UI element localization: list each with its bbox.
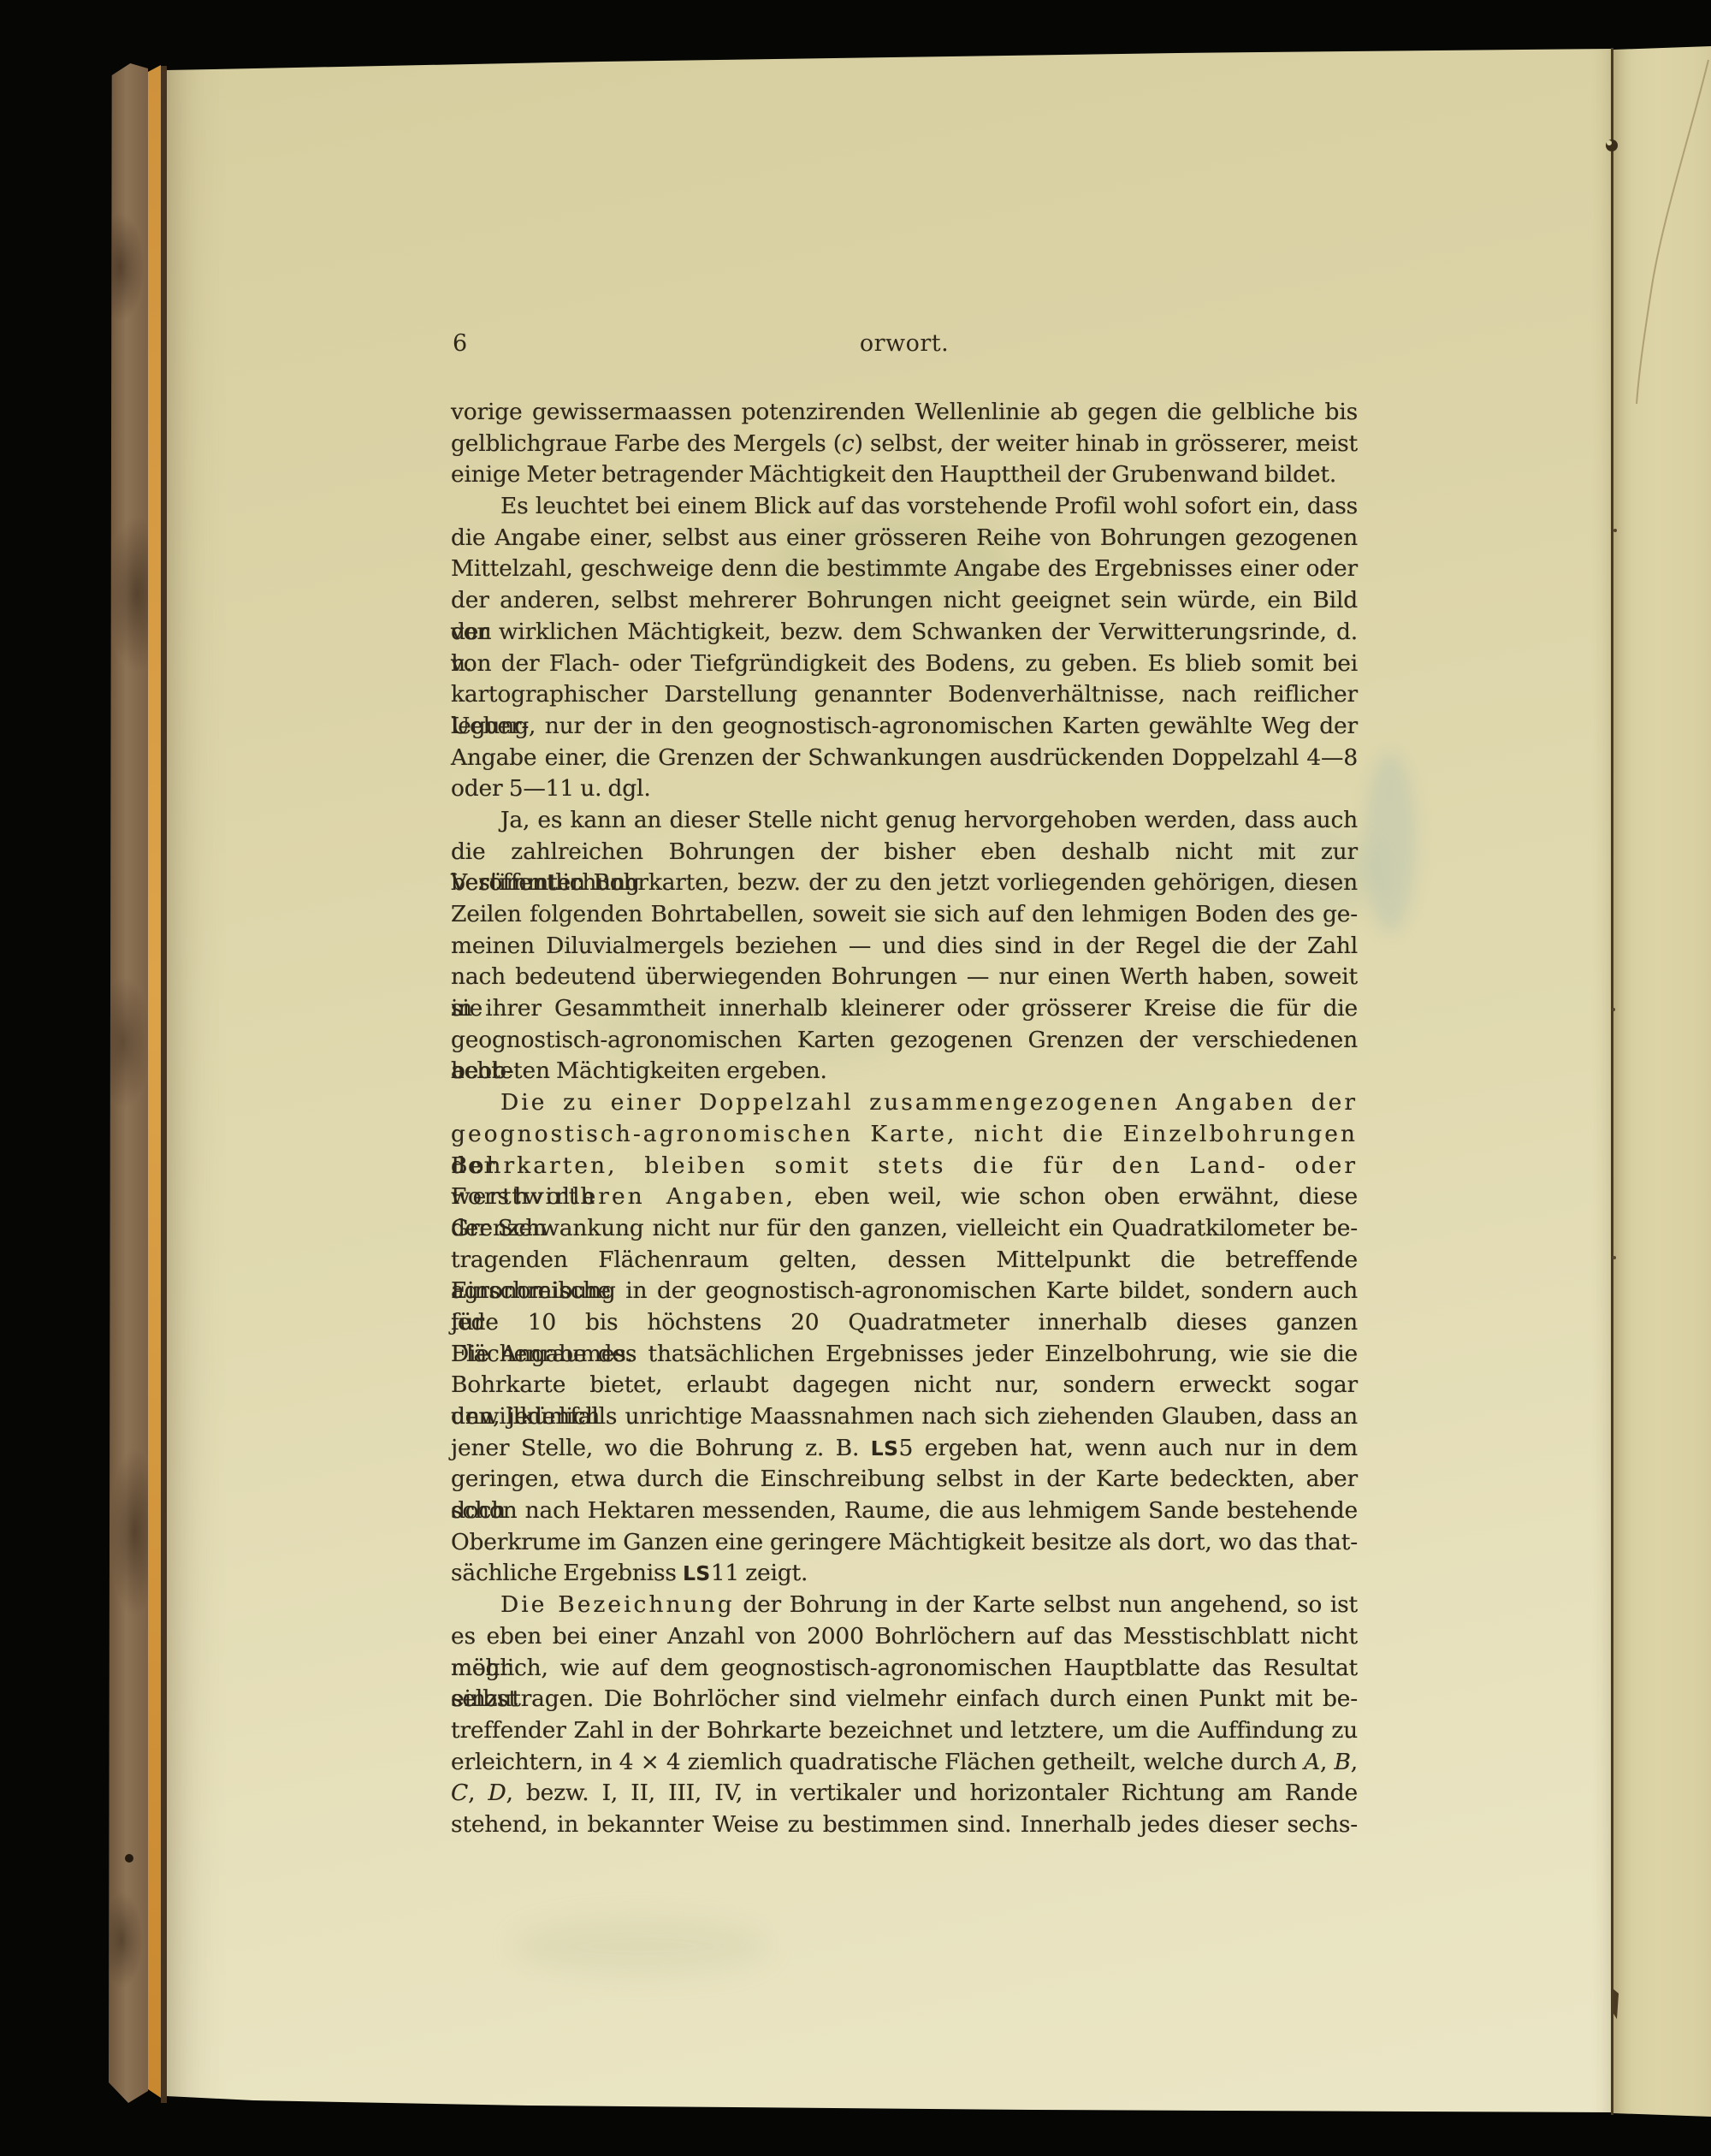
text-line: oder 5—11 u. dgl. — [451, 773, 1358, 805]
styled-text-segment: Die Bezeichnung — [500, 1591, 735, 1618]
text-line: die Angabe einer, selbst aus einer gröss… — [451, 523, 1358, 554]
text-line: Es leuchtet bei einem Blick auf das vors… — [451, 491, 1358, 523]
text-line: geognostisch-agronomischen Karten gezoge… — [451, 1025, 1358, 1057]
text-line: von der Flach- oder Tiefgründigkeit des … — [451, 649, 1358, 680]
text-line: geognostisch-agronomischen Karte, nicht … — [451, 1119, 1358, 1151]
text-line: C, D, bezw. I, II, III, IV, in vertikale… — [451, 1778, 1358, 1809]
text-line: Bohrkarten, bleiben somit stets die für … — [451, 1151, 1358, 1182]
text-line: jener Stelle, wo die Bohrung z. B. LS5 e… — [451, 1433, 1358, 1465]
text-line: Die zu einer Doppelzahl zusammengezogene… — [451, 1087, 1358, 1119]
bold-boring-code: LS — [683, 1562, 711, 1585]
text-block: vorige gewissermaassen potenzirenden Wel… — [451, 397, 1358, 1841]
styled-text-segment: C — [451, 1780, 468, 1806]
text-line: einige Meter betragender Mächtigkeit den… — [451, 459, 1358, 491]
running-header-row: 6 orwort. — [451, 329, 1358, 363]
text-line: werthvolleren Angaben, eben weil, wie sc… — [451, 1182, 1358, 1213]
text-line: vorige gewissermaassen potenzirenden Wel… — [451, 397, 1358, 429]
text-line: Angabe einer, die Grenzen der Schwankung… — [451, 743, 1358, 774]
text-line: Oberkrume im Ganzen eine geringere Mächt… — [451, 1527, 1358, 1559]
text-line: in ihrer Gesammtheit innerhalb kleinerer… — [451, 993, 1358, 1025]
adjacent-page-edge — [1613, 0, 1711, 2156]
text-line: den, jedenfalls unrichtige Maassnahmen n… — [451, 1401, 1358, 1433]
styled-text-segment: A — [1304, 1749, 1320, 1775]
text-line: Ja, es kann an dieser Stelle nicht genug… — [451, 805, 1358, 837]
running-header: orwort. — [451, 329, 1358, 359]
text-line: geringen, etwa durch die Einschreibung s… — [451, 1464, 1358, 1496]
text-line: treffender Zahl in der Bohrkarte bezeich… — [451, 1715, 1358, 1747]
text-line: kartographischer Darstellung genannter B… — [451, 679, 1358, 711]
text-line: Bohrkarte bietet, erlaubt dagegen nicht … — [451, 1370, 1358, 1401]
text-line: nach bedeutend überwiegenden Bohrungen —… — [451, 962, 1358, 993]
text-line: Mittelzahl, geschweige denn die bestimmt… — [451, 554, 1358, 585]
spine-shadow-gap — [161, 66, 167, 2103]
styled-text-segment: D — [488, 1780, 506, 1806]
page-edge-crease — [1611, 48, 1613, 2115]
text-line: sächliche Ergebniss LS11 zeigt. — [451, 1558, 1358, 1590]
text-line: stehend, in bekannter Weise zu bestimmen… — [451, 1809, 1358, 1841]
book-spine-leather — [109, 63, 148, 2103]
text-line: tragenden Flächenraum gelten, dessen Mit… — [451, 1245, 1358, 1276]
bold-boring-code: LS — [871, 1437, 899, 1460]
styled-text-segment: c — [842, 430, 855, 457]
text-line: Die Bezeichnung der Bohrung in der Karte… — [451, 1590, 1358, 1621]
text-line: der wirklichen Mächtigkeit, bezw. dem Sc… — [451, 617, 1358, 649]
text-line: schon nach Hektaren messenden, Raume, di… — [451, 1496, 1358, 1527]
text-line: legung, nur der in den geognostisch-agro… — [451, 711, 1358, 743]
page-number: 6 — [453, 329, 467, 359]
text-line: der anderen, selbst mehrerer Bohrungen n… — [451, 585, 1358, 617]
book-spine-orange-edge — [148, 65, 161, 2103]
styled-text-segment: B — [1335, 1749, 1351, 1775]
text-line: einzutragen. Die Bohrlöcher sind vielmeh… — [451, 1684, 1358, 1715]
text-line: meinen Diluvialmergels beziehen — und di… — [451, 931, 1358, 962]
text-line: die zahlreichen Bohrungen der bisher ebe… — [451, 837, 1358, 868]
text-line: es eben bei einer Anzahl von 2000 Bohrlö… — [451, 1621, 1358, 1653]
text-line: erleichtern, in 4 × 4 ziemlich quadratis… — [451, 1747, 1358, 1779]
text-line: Die Angabe des thatsächlichen Ergebnisse… — [451, 1339, 1358, 1371]
styled-text-segment: Die zu einer Doppelzahl zusammengezogene… — [500, 1089, 1358, 1116]
text-line: Zeilen folgenden Bohrtabellen, soweit si… — [451, 899, 1358, 931]
text-line: möglich, wie auf dem geognostisch-agrono… — [451, 1653, 1358, 1685]
text-line: gelblichgraue Farbe des Mergels (c) selb… — [451, 429, 1358, 460]
text-line: der Schwankung nicht nur für den ganzen,… — [451, 1213, 1358, 1245]
text-line: achteten Mächtigkeiten ergeben. — [451, 1056, 1358, 1087]
styled-text-segment: werthvolleren Angaben, — [451, 1183, 796, 1210]
text-line: jede 10 bis höchstens 20 Quadratmeter in… — [451, 1307, 1358, 1339]
text-line: bestimmten Bohrkarten, bezw. der zu den … — [451, 868, 1358, 899]
text-line: Einschreibung in der geognostisch-agrono… — [451, 1276, 1358, 1307]
scanned-book-page: 6 orwort. vorige gewissermaassen potenzi… — [0, 0, 1711, 2156]
